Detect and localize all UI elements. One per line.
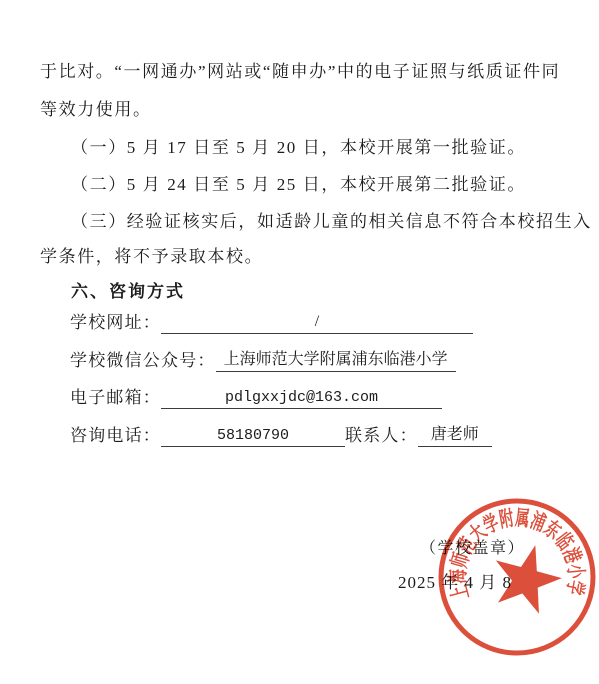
paragraph-line: 学条件，将不予录取本校。 xyxy=(40,242,263,267)
section-heading: 六、咨询方式 xyxy=(71,277,185,302)
contact-person-value-underline: 唐老师 xyxy=(418,421,492,447)
field-row-website: 学校网址： / xyxy=(70,304,473,334)
list-item-2: （二）5 月 24 日至 5 月 25 日，本校开展第二批验证。 xyxy=(71,170,526,195)
phone-value-underline: 58180790 xyxy=(161,427,345,447)
email-label: 电子邮箱： xyxy=(70,383,161,409)
website-value-underline: / xyxy=(161,313,473,334)
wechat-value-underline: 上海师范大学附属浦东临港小学 xyxy=(216,346,456,372)
field-row-phone: 咨询电话： 58180790 联系人： 唐老师 xyxy=(70,417,492,447)
contact-person-label: 联系人： xyxy=(345,421,418,447)
field-row-email: 电子邮箱： pdlgxxjdc@163.com xyxy=(70,379,442,409)
field-row-wechat: 学校微信公众号： 上海师范大学附属浦东临港小学 xyxy=(70,342,456,372)
paragraph-line: 于比对。“一网通办”网站或“随申办”中的电子证照与纸质证件同 xyxy=(40,57,560,82)
list-item-1: （一）5 月 17 日至 5 月 20 日，本校开展第一批验证。 xyxy=(71,133,526,158)
document-page: 于比对。“一网通办”网站或“随申办”中的电子证照与纸质证件同 等效力使用。 （一… xyxy=(0,0,599,684)
paragraph-line: 等效力使用。 xyxy=(40,95,152,120)
school-seal: 上海师范大学附属浦东临港小学 xyxy=(436,496,598,658)
website-label: 学校网址： xyxy=(70,308,161,334)
list-item-3: （三）经验证核实后，如适龄儿童的相关信息不符合本校招生入 xyxy=(71,207,592,232)
email-value-underline: pdlgxxjdc@163.com xyxy=(161,389,442,409)
phone-label: 咨询电话： xyxy=(70,421,161,447)
wechat-label: 学校微信公众号： xyxy=(70,346,216,372)
